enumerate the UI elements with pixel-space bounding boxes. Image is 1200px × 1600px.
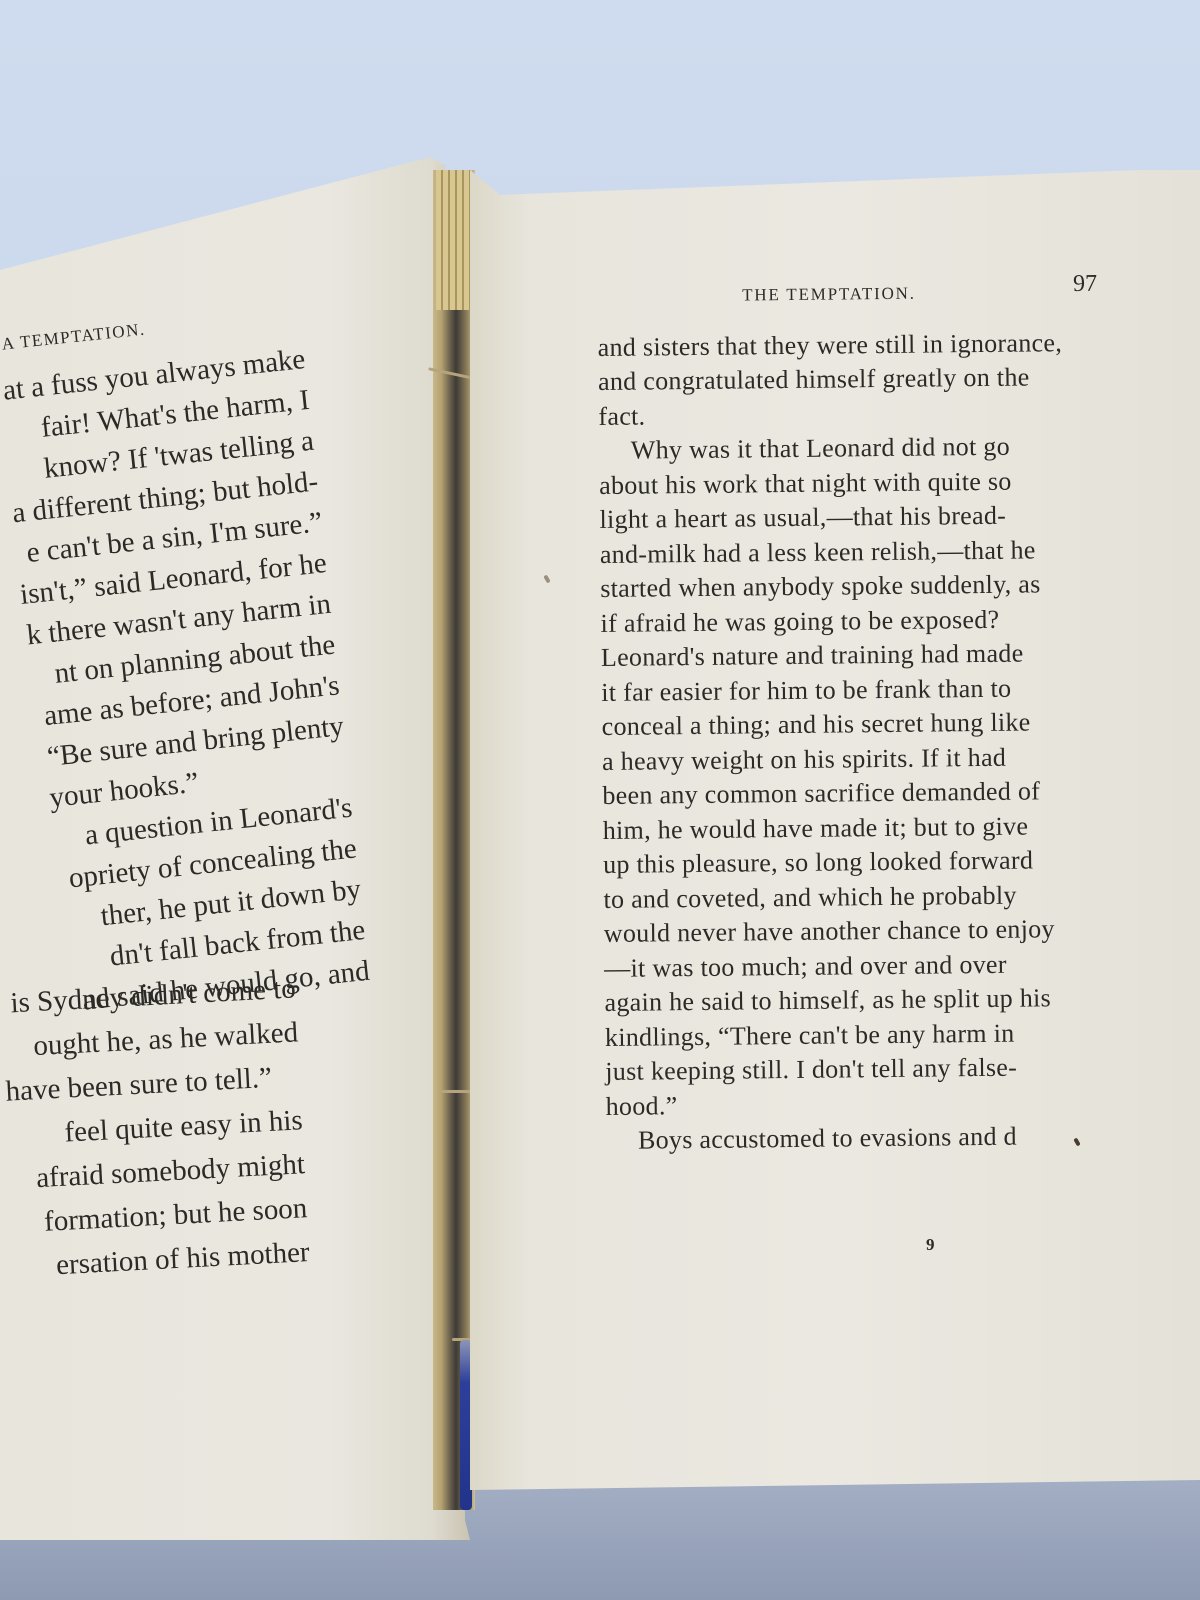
spine-exposed-binding: [436, 170, 472, 310]
right-line: Boys accustomed to evasions and d: [606, 1117, 1200, 1158]
page-number: 97: [1073, 267, 1097, 310]
right-page-text: THE TEMPTATION. 97 and sisters that they…: [597, 273, 1200, 1158]
left-page-text-lower: is Sydney didn't come to ought he, as he…: [0, 966, 311, 1292]
signature-mark: 9: [926, 1235, 935, 1255]
right-running-head: THE TEMPTATION.: [742, 277, 916, 313]
right-page-header: THE TEMPTATION. 97: [597, 275, 1097, 315]
book-photo: A TEMPTATION. at a fuss you always make …: [0, 0, 1200, 1600]
